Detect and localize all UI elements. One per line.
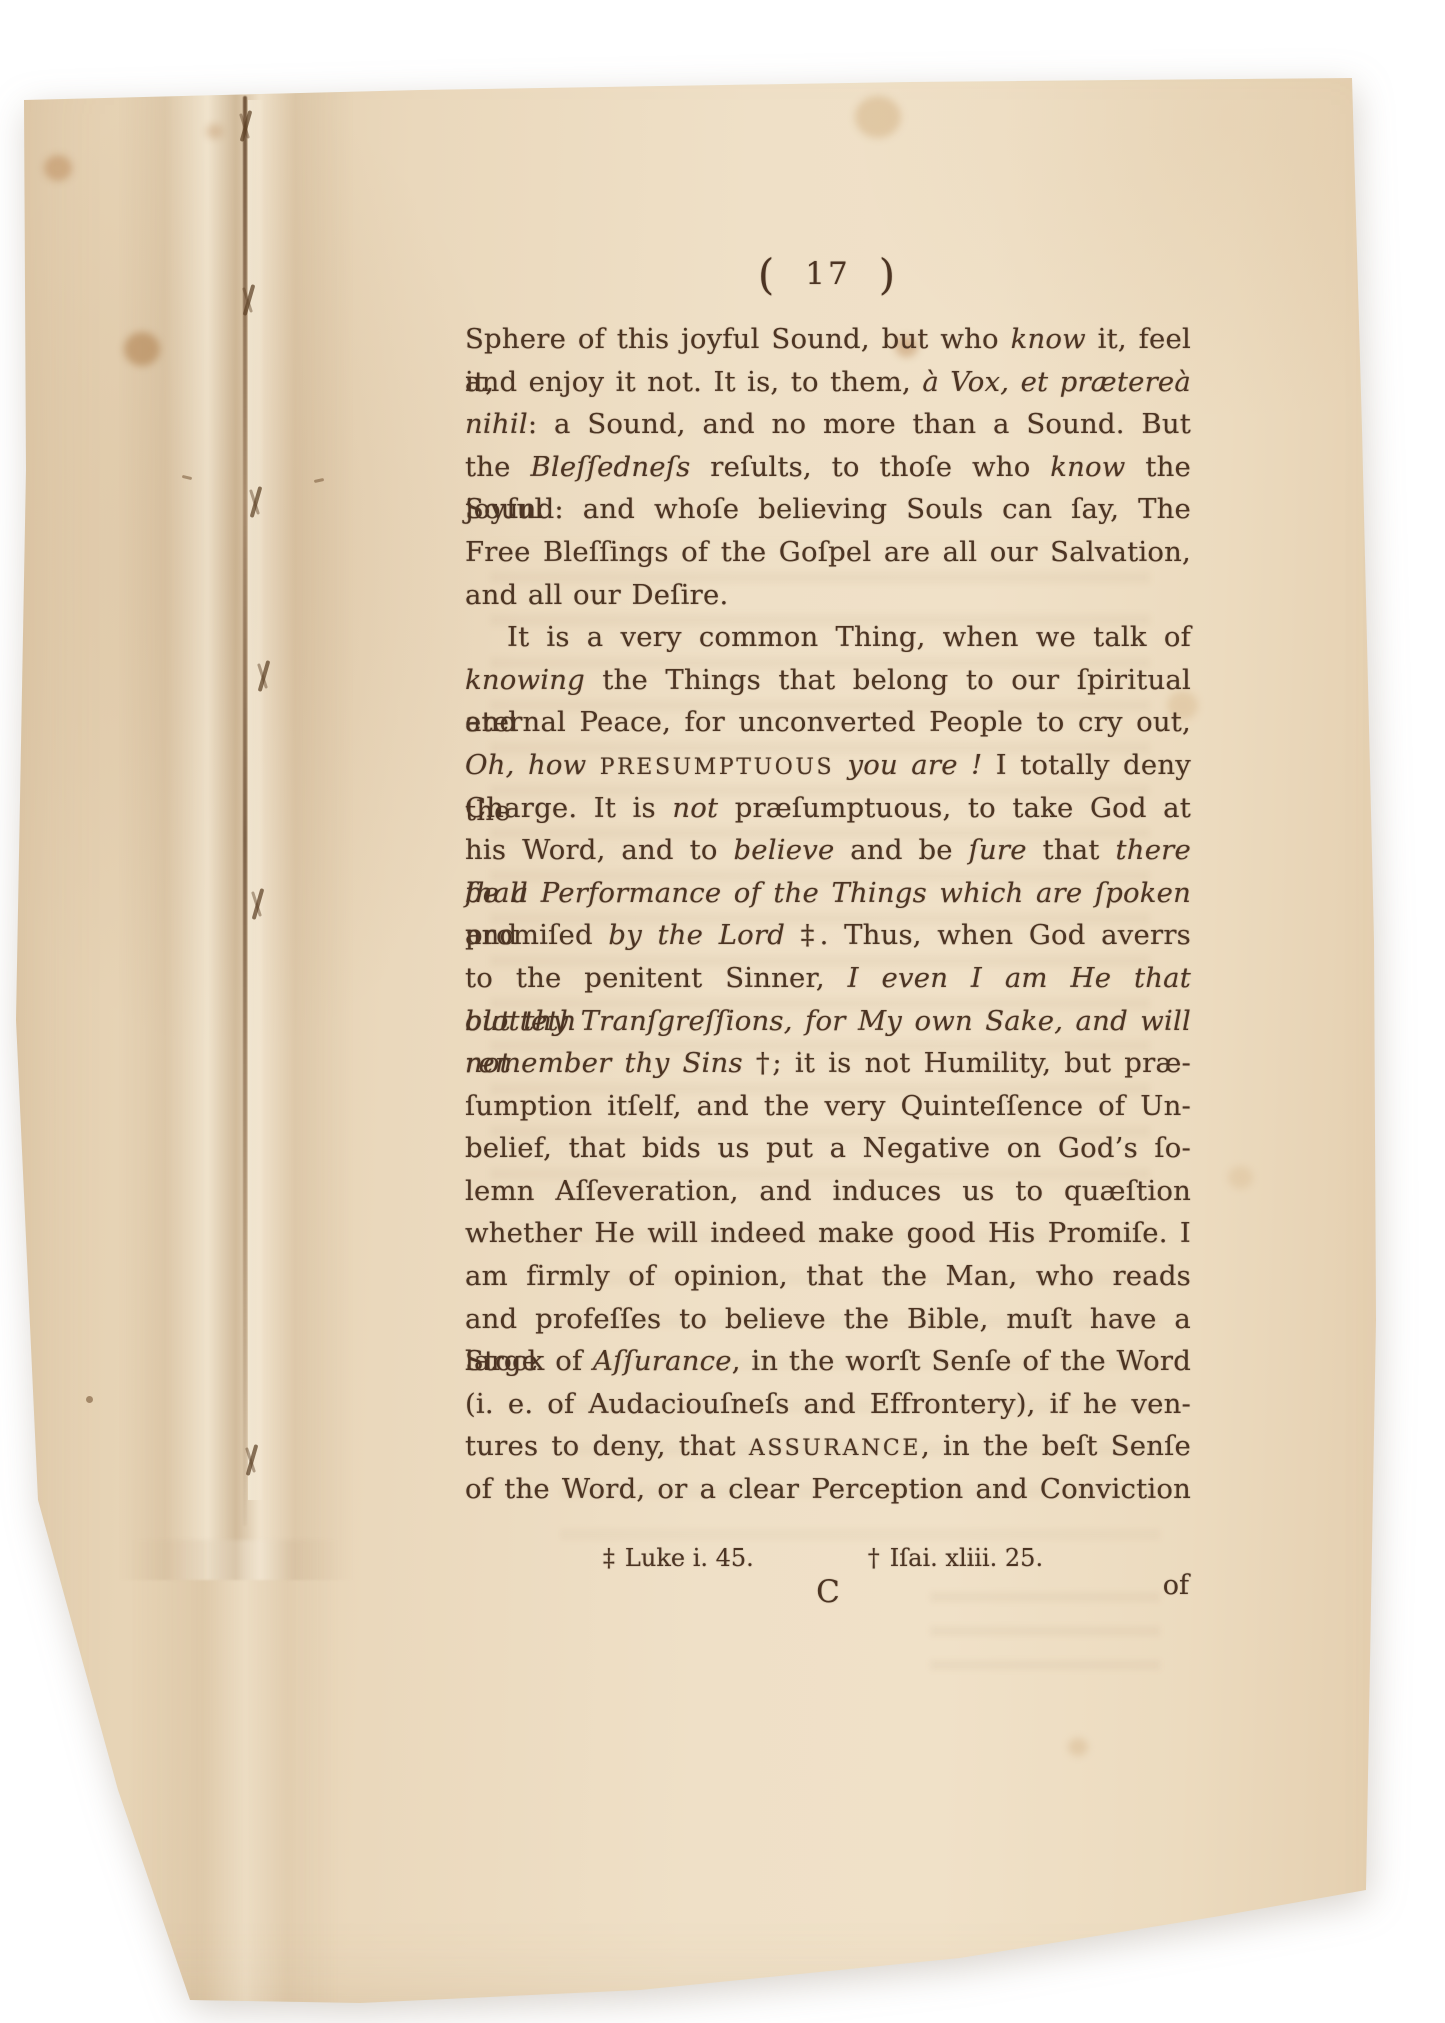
roman-run: to the penitent Sinner, bbox=[465, 962, 848, 994]
stitch-mark bbox=[245, 888, 271, 920]
photograph: (17) Sphere of this joyful Sound, but wh… bbox=[0, 0, 1445, 2023]
foxing-spot bbox=[124, 332, 160, 366]
foxing-spot bbox=[855, 96, 901, 138]
text-line: lemn Aſſeveration, and induces us to quæ… bbox=[465, 1170, 1191, 1213]
italic-run: remember thy Sins bbox=[465, 1047, 743, 1079]
text-line: and enjoy it not. It is, to them, à Vox,… bbox=[465, 361, 1191, 404]
header-close-paren: ) bbox=[879, 250, 898, 299]
footnote-line: ‡Luke i. 45. †Iſai. xliii. 25. bbox=[465, 1544, 1191, 1572]
roman-run: ‡. Thus, when God averrs bbox=[785, 919, 1191, 951]
text-line: promiſed by the Lord ‡. Thus, when God a… bbox=[465, 914, 1191, 957]
italic-run: know bbox=[1011, 323, 1086, 355]
header-open-paren: ( bbox=[758, 250, 777, 299]
roman-run: It is a very common Thing, when we talk … bbox=[507, 621, 1191, 653]
roman-run: whether He will indeed make good His Pro… bbox=[465, 1217, 1191, 1249]
roman-run: , in the beſt Senſe bbox=[921, 1430, 1191, 1462]
italic-run: believe bbox=[733, 834, 834, 866]
footnote-isaiah: †Iſai. xliii. 25. bbox=[868, 1544, 1053, 1572]
italic-run: not bbox=[672, 792, 718, 824]
footnote-mark: ‡ bbox=[603, 1544, 615, 1572]
roman-run: belief, that bids us put a Negative on G… bbox=[465, 1132, 1191, 1164]
roman-run: Sphere of this joyful Sound, but who bbox=[465, 323, 1011, 355]
roman-run: Charge. It is bbox=[465, 792, 672, 824]
text-line: to the penitent Sinner, I even I am He t… bbox=[465, 957, 1191, 1000]
roman-run: , in the worſt Senſe of the Word bbox=[732, 1345, 1191, 1377]
italic-run: Oh, how bbox=[465, 749, 600, 781]
italic-run: Bleſſedneſs bbox=[530, 451, 690, 483]
roman-run: eternal Peace, for unconverted People to… bbox=[465, 706, 1191, 738]
roman-run: and all our Deſire. bbox=[465, 579, 728, 611]
roman-run: and be bbox=[834, 834, 968, 866]
foxing-spot bbox=[206, 124, 223, 139]
text-line: Stock of Aſſurance, in the worſt Senſe o… bbox=[465, 1340, 1191, 1383]
text-line: remember thy Sins †; it is not Humility,… bbox=[465, 1042, 1191, 1085]
stitch-mark bbox=[236, 284, 262, 316]
text-line: whether He will indeed make good His Pro… bbox=[465, 1212, 1191, 1255]
text-line: Oh, how PRESUMPTUOUS you are ! I totally… bbox=[465, 744, 1191, 787]
roman-run: (i. e. of Audaciouſneſs and Effrontery),… bbox=[465, 1388, 1191, 1420]
text-line: Free Bleſſings of the Goſpel are all our… bbox=[465, 531, 1191, 574]
roman-run: of the Word, or a clear Perception and C… bbox=[465, 1473, 1191, 1505]
text-line: Charge. It is not præſumptuous, to take … bbox=[465, 787, 1191, 830]
text-line: knowing the Things that belong to our ſp… bbox=[465, 659, 1191, 702]
foxing-spot bbox=[1068, 1738, 1088, 1756]
binding-fold-lower bbox=[130, 1540, 340, 2010]
roman-run: promiſed bbox=[465, 919, 608, 951]
stitch-mark bbox=[239, 1444, 265, 1476]
ink-fleck bbox=[86, 1396, 93, 1403]
text-line: ſumption itſelf, and the very Quinteſſen… bbox=[465, 1085, 1191, 1128]
italic-run: knowing bbox=[465, 664, 585, 696]
roman-run: am firmly of opinion, that the Man, who … bbox=[465, 1260, 1191, 1292]
text-line: Sphere of this joyful Sound, but who kno… bbox=[465, 318, 1191, 361]
stitch-mark bbox=[243, 486, 269, 518]
roman-run: Stock of bbox=[465, 1345, 593, 1377]
page-number-header: (17) bbox=[465, 250, 1191, 299]
text-line: and profeſſes to believe the Bible, muſt… bbox=[465, 1298, 1191, 1341]
roman-run: tures to deny, that bbox=[465, 1430, 749, 1462]
italic-run: ſure bbox=[969, 834, 1027, 866]
footnote-luke: ‡Luke i. 45. bbox=[603, 1544, 764, 1572]
text-line: nihil: a Sound, and no more than a Sound… bbox=[465, 403, 1191, 446]
text-line: out thy Tranſgreſſions, for My own Sake,… bbox=[465, 1000, 1191, 1043]
text-line: Sound: and whoſe believing Souls can ſay… bbox=[465, 488, 1191, 531]
text-line: his Word, and to believe and be ſure tha… bbox=[465, 829, 1191, 872]
stitch-mark bbox=[233, 110, 259, 142]
signature-mark: C bbox=[465, 1574, 1191, 1610]
foxing-spot bbox=[44, 155, 72, 181]
roman-run: Free Bleſſings of the Goſpel are all our… bbox=[465, 536, 1191, 568]
catchword: of bbox=[1163, 1570, 1189, 1601]
italic-run: à Vox, et prætereà bbox=[922, 366, 1191, 398]
photo-background: { "photo": { "background_color": "#fffff… bbox=[0, 0, 1445, 2023]
footnote-ref: Iſai. xliii. 25. bbox=[890, 1544, 1043, 1572]
foxing-spot bbox=[1228, 1166, 1253, 1189]
roman-run: præſumptuous, to take God at bbox=[718, 792, 1191, 824]
text-line: of the Word, or a clear Perception and C… bbox=[465, 1468, 1191, 1511]
text-line: eternal Peace, for unconverted People to… bbox=[465, 701, 1191, 744]
italic-run: know bbox=[1050, 451, 1125, 483]
roman-run: and enjoy it not. It is, to them, bbox=[465, 366, 922, 398]
italic-run: be a Performance of the Things which are… bbox=[465, 877, 1191, 909]
italic-run: Aſſurance bbox=[593, 1345, 732, 1377]
roman-run: †; it is not Humility, but præ- bbox=[743, 1047, 1191, 1079]
text-line: tures to deny, that ASSURANCE, in the be… bbox=[465, 1425, 1191, 1468]
text-line: (i. e. of Audaciouſneſs and Effrontery),… bbox=[465, 1383, 1191, 1426]
book-page: (17) Sphere of this joyful Sound, but wh… bbox=[0, 0, 1445, 2023]
page-number: 17 bbox=[805, 256, 850, 292]
roman-run: lemn Aſſeveration, and induces us to quæ… bbox=[465, 1175, 1191, 1207]
italic-run: nihil bbox=[465, 408, 528, 440]
italic-run: you are ! bbox=[834, 749, 982, 781]
small-caps-run: ASSURANCE bbox=[749, 1436, 921, 1461]
roman-run: his Word, and to bbox=[465, 834, 733, 866]
text-line: and all our Deſire. bbox=[465, 574, 1191, 617]
roman-run: the bbox=[465, 451, 530, 483]
text-line: am firmly of opinion, that the Man, who … bbox=[465, 1255, 1191, 1298]
body-text: Sphere of this joyful Sound, but who kno… bbox=[465, 318, 1191, 1511]
stitch-mark bbox=[251, 660, 277, 692]
roman-run: : a Sound, and no more than a Sound. But bbox=[528, 408, 1191, 440]
text-line: be a Performance of the Things which are… bbox=[465, 872, 1191, 915]
binding-fold bbox=[118, 0, 354, 1580]
roman-run: that bbox=[1027, 834, 1116, 866]
text-line: It is a very common Thing, when we talk … bbox=[465, 616, 1191, 659]
text-line: belief, that bids us put a Negative on G… bbox=[465, 1127, 1191, 1170]
small-caps-run: PRESUMPTUOUS bbox=[600, 755, 834, 780]
roman-run: ſumption itſelf, and the very Quinteſſen… bbox=[465, 1090, 1191, 1122]
footnote-mark: † bbox=[868, 1544, 880, 1572]
roman-run: Sound: and whoſe believing Souls can ſay… bbox=[465, 493, 1191, 525]
text-line: the Bleſſedneſs reſults, to thoſe who kn… bbox=[465, 446, 1191, 489]
footnote-ref: Luke i. 45. bbox=[625, 1544, 754, 1572]
italic-run: by the Lord bbox=[608, 919, 785, 951]
roman-run: reſults, to thoſe who bbox=[690, 451, 1050, 483]
